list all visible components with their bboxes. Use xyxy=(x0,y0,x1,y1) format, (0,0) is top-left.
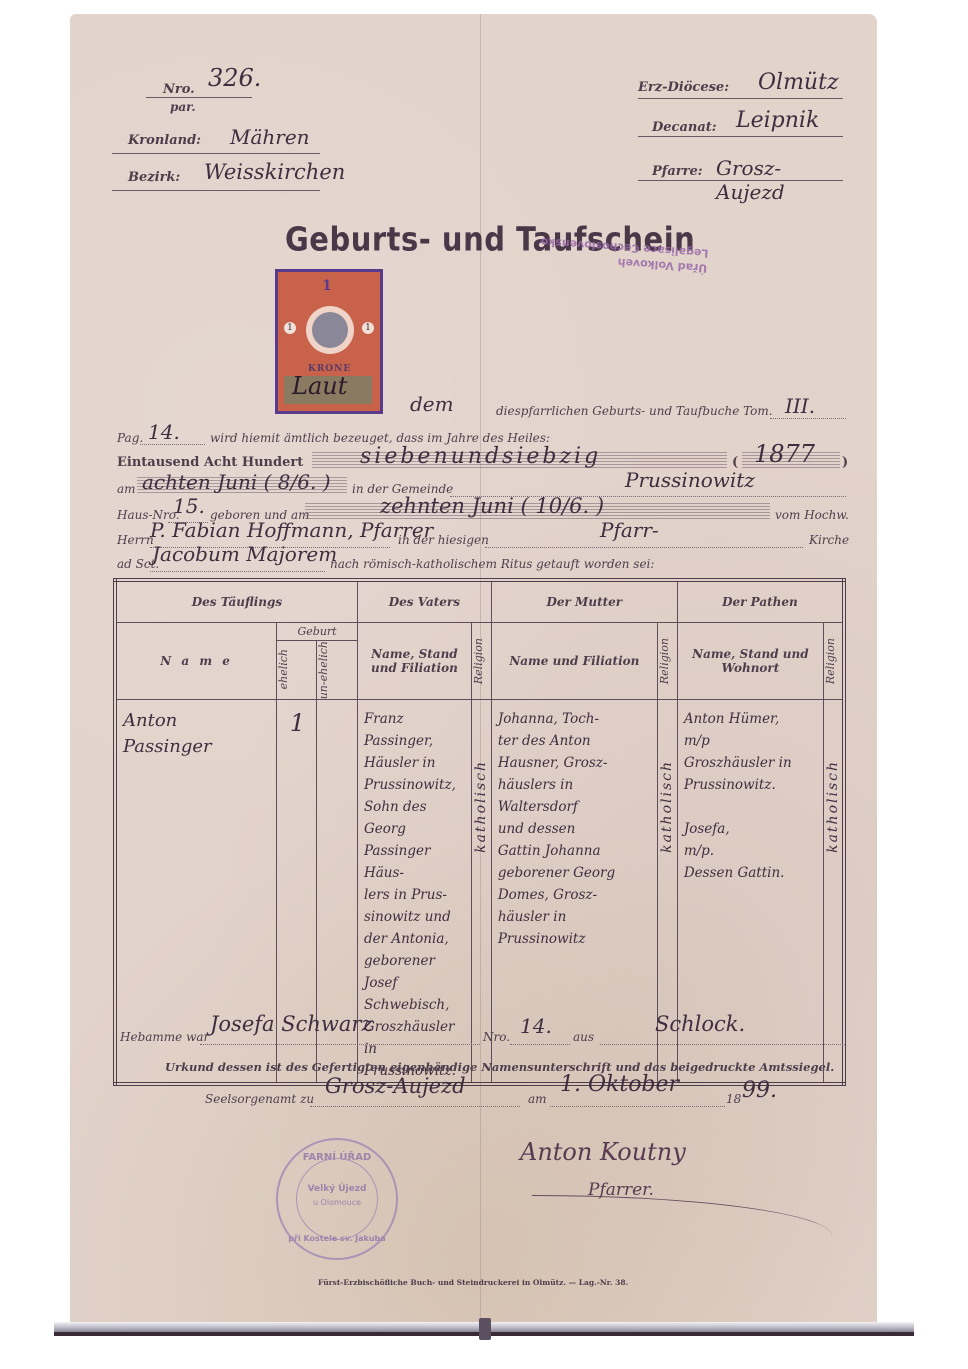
tom-dotline xyxy=(770,418,846,419)
ritus-label: nach römisch-katholischem Ritus getauft … xyxy=(330,557,654,571)
parish-seal: FARNÍ ÚŘAD Velký Újezd u Olomouce při Ko… xyxy=(276,1138,398,1260)
dioecese-field: Erz-Diöcese: Olmütz xyxy=(638,76,843,99)
subheader-ehelich: ehelich xyxy=(277,649,290,689)
nro-underline xyxy=(146,97,252,98)
pfarre-label: Pfarre: xyxy=(652,164,703,179)
vom-label: vom Hochw. xyxy=(775,508,849,522)
mother-religion: katholisch xyxy=(659,760,675,853)
year-suffix: 99. xyxy=(742,1078,777,1103)
nro-label: Nro. xyxy=(163,82,195,97)
saint-value: Jacobum Majorem xyxy=(152,542,337,566)
seal-middle-text: Velký Újezd xyxy=(278,1184,396,1194)
pag-label: Pag. xyxy=(117,431,143,445)
bezirk-field: Bezirk: Weisskirchen xyxy=(112,168,320,191)
priest-value: P. Fabian Hoffmann, Pfarrer xyxy=(150,518,433,542)
subheader-name: N a m e xyxy=(115,622,277,699)
subheader-pathen-religion: Religion xyxy=(824,638,837,684)
bezirk-label: Bezirk: xyxy=(128,170,180,185)
year-prefix: 18 xyxy=(726,1092,741,1106)
subheader-mutter: Name und Filiation xyxy=(491,622,657,699)
baptism-date: zehnten Juni ( 10/6. ) xyxy=(380,494,604,518)
pastor-signature: Anton Koutny xyxy=(520,1138,686,1166)
seelsorge-dotline xyxy=(310,1106,520,1107)
nro-value: 326. xyxy=(208,64,261,92)
decanat-label: Decanat: xyxy=(652,120,717,135)
revenue-stamp: 1 1 1 KRONE Laut xyxy=(275,269,383,414)
pfarre-field: Pfarre: Grosz-Aujezd xyxy=(638,158,843,181)
kirche-type-value: Pfarr- xyxy=(600,518,659,542)
aus-value: Schlock. xyxy=(655,1012,745,1036)
dem-hand: dem xyxy=(410,392,454,416)
decanat-value: Leipnik xyxy=(736,108,819,133)
rod-clip xyxy=(479,1318,491,1340)
hebamme-dotline xyxy=(200,1044,480,1045)
printer-imprint: Fürst-Erzbischöfliche Buch- und Steindru… xyxy=(318,1278,628,1287)
header-vater: Des Vaters xyxy=(357,580,491,622)
buch-printed: diespfarrlichen Geburts- und Taufbuche T… xyxy=(496,404,773,418)
kronland-value: Mähren xyxy=(230,125,310,149)
herrn-label: Herrn xyxy=(117,533,154,547)
dioecese-label: Erz-Diöcese: xyxy=(638,80,729,95)
saint-dotline xyxy=(150,571,325,572)
emperor-portrait-icon xyxy=(306,306,354,354)
hebamme-label: Hebamme war xyxy=(120,1030,209,1044)
year-label: Eintausend Acht Hundert xyxy=(117,455,303,470)
pag-value: 14. xyxy=(148,420,180,444)
father-details: Franz Passinger, Häusler in Prussinowitz… xyxy=(358,700,471,1082)
hiesigen-label: in der hiesigen xyxy=(398,533,489,547)
date-value: 1. Oktober xyxy=(560,1072,679,1097)
date-am-label: am xyxy=(528,1092,547,1106)
child-name: Anton Passinger xyxy=(117,700,276,760)
bezirk-value: Weisskirchen xyxy=(204,160,345,184)
ehelich-mark: 1 xyxy=(277,700,316,734)
gemeinde-value: Prussinowitz xyxy=(625,468,755,492)
subheader-pathen: Name, Stand und Wohnort xyxy=(677,622,823,699)
kirche-label: Kirche xyxy=(809,533,849,547)
header-mutter: Der Mutter xyxy=(491,580,677,622)
haus-value: 15. xyxy=(173,494,205,518)
hebamme-value: Josefa Schwarz xyxy=(210,1012,373,1036)
kronland-field: Kronland: Mähren xyxy=(112,131,320,154)
hebamme-nro-dotline xyxy=(510,1044,570,1045)
subheader-unehelich: un-ehelich xyxy=(317,641,330,699)
decanat-field: Decanat: Leipnik xyxy=(638,114,843,137)
seal-middle2-text: u Olomouce xyxy=(278,1198,396,1207)
subheader-mutter-religion: Religion xyxy=(658,638,671,684)
subheader-vater: Name, Stand und Filiation xyxy=(357,622,471,699)
godparents-religion: katholisch xyxy=(825,760,841,853)
hebamme-nro-label: Nro. xyxy=(483,1030,510,1044)
tom-value: III. xyxy=(785,394,815,418)
seal-bottom-text: při Kostele sv. Jakuba xyxy=(278,1234,396,1243)
header-pathen: Der Pathen xyxy=(677,580,844,622)
baptism-register-table: Des Täuflings Des Vaters Der Mutter Der … xyxy=(113,578,846,1086)
am-label: am xyxy=(117,482,136,496)
par-label: par. xyxy=(170,100,196,114)
hebamme-nro-value: 14. xyxy=(520,1014,552,1038)
bezeuget-printed: wird hiemit ämtlich bezeuget, dass im Ja… xyxy=(210,431,550,445)
godparents-details: Anton Hümer, m/p Groszhäusler in Prussin… xyxy=(678,700,823,884)
header-taeufling: Des Täuflings xyxy=(115,580,357,622)
unehelich-mark xyxy=(317,700,357,708)
aus-label: aus xyxy=(573,1030,594,1044)
father-religion: katholisch xyxy=(473,760,489,853)
seelsorge-place: Grosz-Aujezd xyxy=(325,1074,466,1098)
revenue-stamp-denomination: 1 xyxy=(322,278,332,294)
kirche-type-dotline xyxy=(485,547,803,548)
mother-details: Johanna, Toch- ter des Anton Hausner, Gr… xyxy=(492,700,657,950)
subheader-geburt: Geburt xyxy=(277,622,358,640)
revenue-stamp-side-right: 1 xyxy=(362,322,374,334)
revenue-stamp-overprint: Laut xyxy=(292,372,347,400)
year-digits: 1877 xyxy=(754,440,815,468)
seelsorge-label: Seelsorgenamt zu xyxy=(205,1092,314,1106)
kronland-label: Kronland: xyxy=(128,133,201,148)
revenue-stamp-side-left: 1 xyxy=(284,322,296,334)
pag-dotline xyxy=(140,444,205,445)
year-words: siebenundsiebzig xyxy=(360,444,601,469)
pfarre-value: Grosz-Aujezd xyxy=(716,156,843,204)
year-paren-close: ) xyxy=(842,455,848,470)
date-dotline xyxy=(550,1106,725,1107)
nro-field: Nro. 326. xyxy=(163,78,263,96)
birth-date: achten Juni ( 8/6. ) xyxy=(142,470,331,494)
urkund-text: Urkund dessen ist des Gefertigten eigenh… xyxy=(165,1060,834,1074)
aus-dotline xyxy=(600,1044,845,1045)
subheader-vater-religion: Religion xyxy=(472,638,485,684)
dioecese-value: Olmütz xyxy=(758,70,839,95)
